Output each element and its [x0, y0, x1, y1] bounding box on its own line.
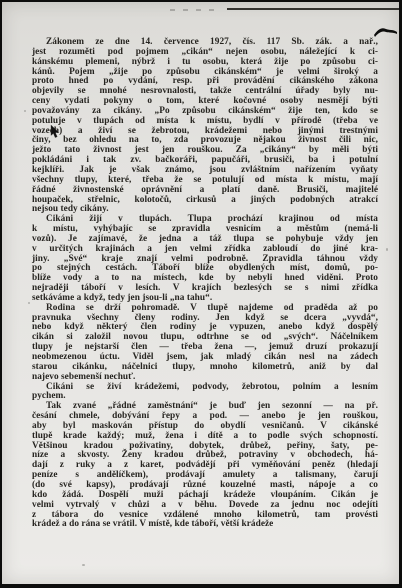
text-line: Cikáni se živí krádežemi, podvody, žebro…: [32, 383, 378, 393]
paragraph: Cikáni se živí krádežemi, podvody, žebro…: [32, 383, 378, 403]
paragraph: Tak zvané „řádné zaměstnání“ je buď jen …: [32, 402, 378, 530]
pencil-dashes: [170, 9, 218, 11]
page-text: Zákonem ze dne 14. července 1927, čís. 1…: [32, 38, 378, 530]
paragraph: Rodina se drží pohromadě. V tlupě najdem…: [32, 304, 378, 383]
text-line: krádež a do rána se vrátil. V místě, kde…: [32, 520, 378, 530]
paper-speck: [24, 110, 26, 112]
top-rule: [227, 8, 399, 10]
scanned-page: Zákonem ze dne 14. července 1927, čís. 1…: [0, 0, 402, 588]
paper-speck: [28, 302, 30, 304]
paper-speck: [386, 248, 388, 251]
paper-speck: [82, 564, 85, 566]
paragraph: Cikáni žijí v tlupách. Tlupa prochází kr…: [32, 215, 378, 304]
mouse-cursor: [50, 125, 60, 139]
paragraph: Zákonem ze dne 14. července 1927, čís. 1…: [32, 38, 378, 215]
